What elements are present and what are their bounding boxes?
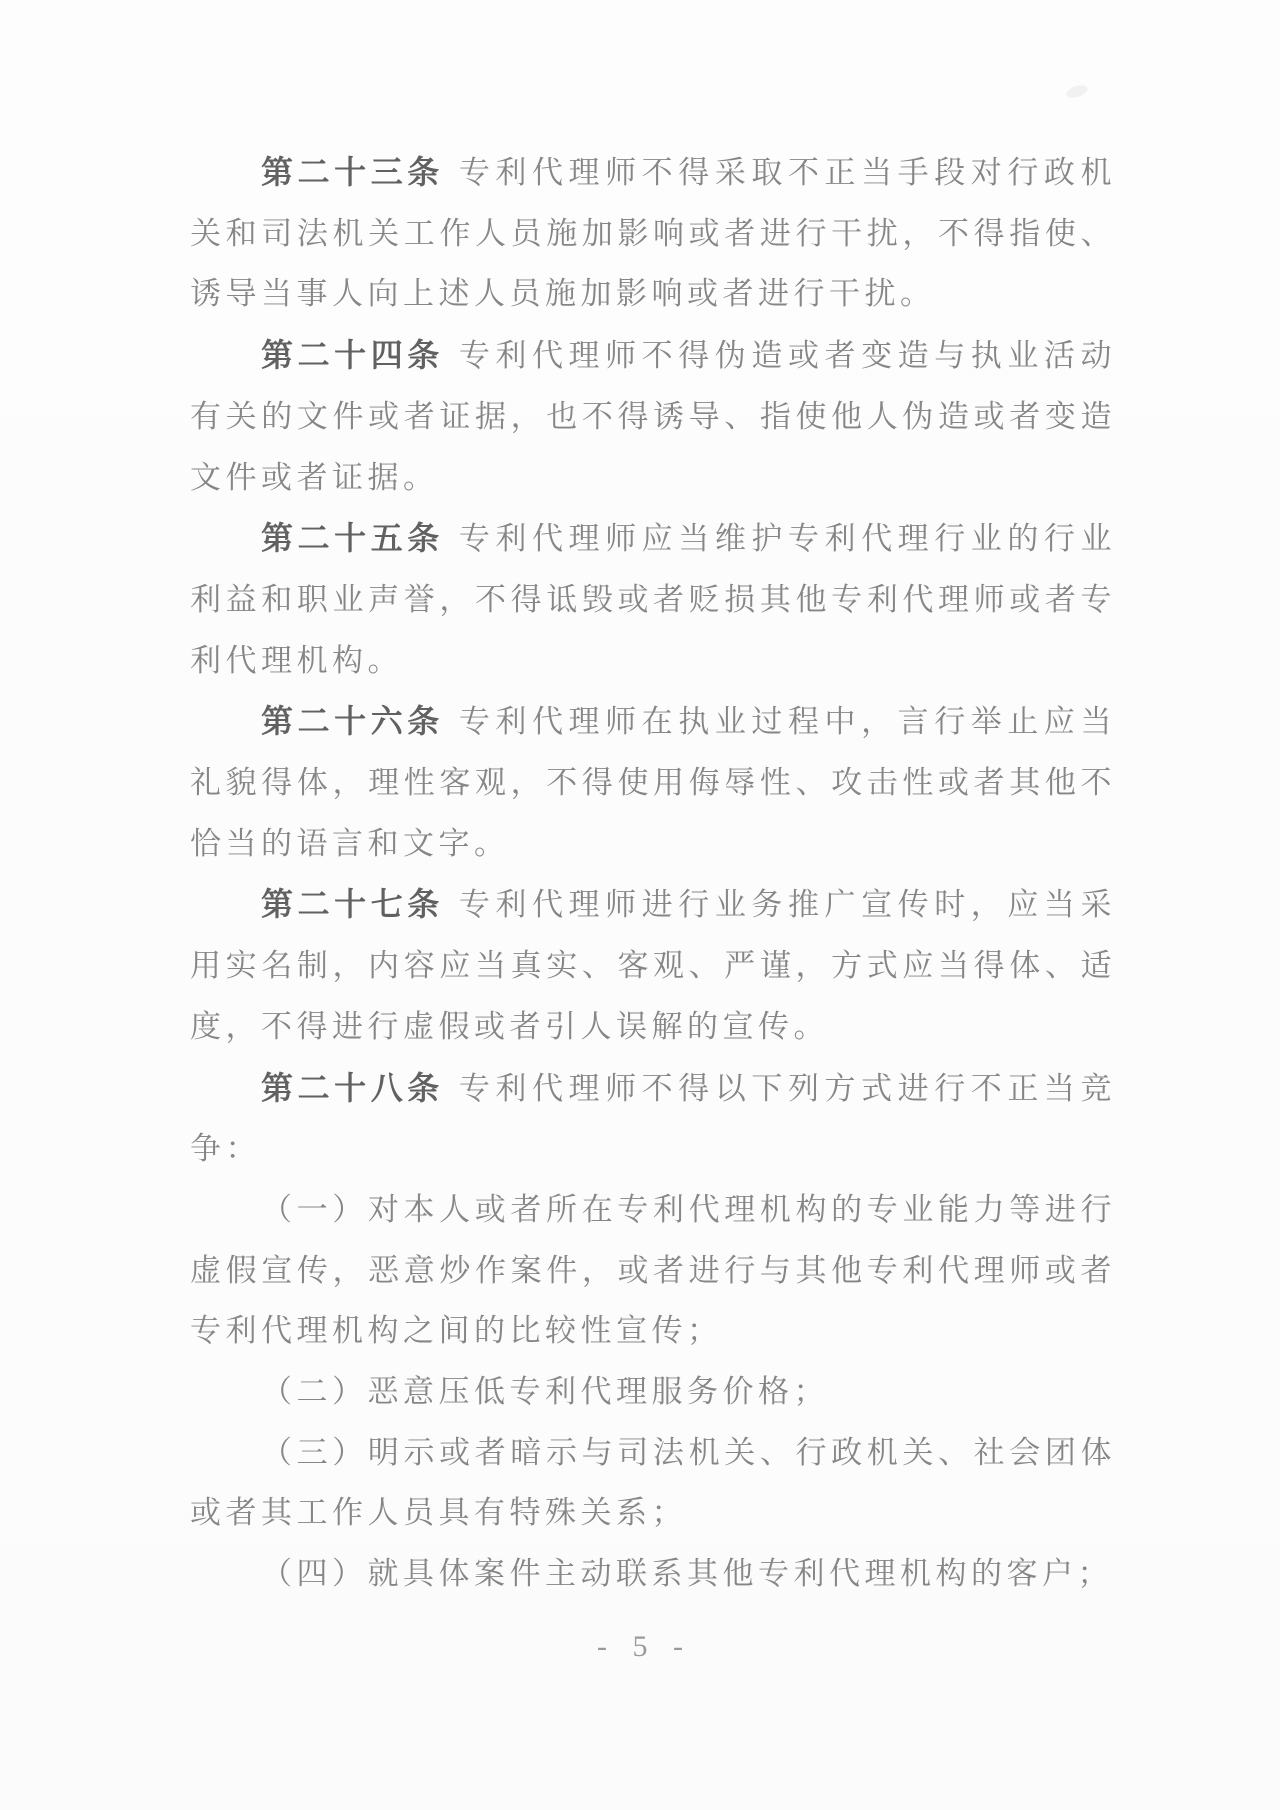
page-number: - 5 -	[0, 1627, 1280, 1667]
article-27-number: 第二十七条	[261, 886, 444, 922]
article-24-number: 第二十四条	[261, 337, 444, 373]
paragraph-article-25: 第二十五条专利代理师应当维护专利代理行业的行业利益和职业声誉，不得诋毁或者贬损其…	[190, 508, 1116, 691]
page-content: 第二十三条专利代理师不得采取不正当手段对行政机关和司法机关工作人员施加影响或者进…	[190, 142, 1116, 1605]
paragraph-article-23: 第二十三条专利代理师不得采取不正当手段对行政机关和司法机关工作人员施加影响或者进…	[190, 142, 1116, 325]
document-page: 第二十三条专利代理师不得采取不正当手段对行政机关和司法机关工作人员施加影响或者进…	[0, 0, 1280, 1810]
item-3-body: （三）明示或者暗示与司法机关、行政机关、社会团体或者其工作人员具有特殊关系；	[190, 1435, 1116, 1531]
paragraph-item-3: （三）明示或者暗示与司法机关、行政机关、社会团体或者其工作人员具有特殊关系；	[190, 1423, 1116, 1544]
paragraph-item-4: （四）就具体案件主动联系其他专利代理机构的客户；	[190, 1544, 1116, 1605]
paragraph-article-26: 第二十六条专利代理师在执业过程中，言行举止应当礼貌得体，理性客观，不得使用侮辱性…	[190, 691, 1116, 874]
paragraph-item-1: （一）对本人或者所在专利代理机构的专业能力等进行虚假宣传，恶意炒作案件，或者进行…	[190, 1180, 1116, 1362]
item-1-body: （一）对本人或者所在专利代理机构的专业能力等进行虚假宣传，恶意炒作案件，或者进行…	[190, 1192, 1116, 1348]
paragraph-article-24: 第二十四条专利代理师不得伪造或者变造与执业活动有关的文件或者证据，也不得诱导、指…	[190, 325, 1116, 508]
article-26-number: 第二十六条	[261, 703, 444, 739]
item-4-body: （四）就具体案件主动联系其他专利代理机构的客户；	[261, 1556, 1113, 1591]
article-28-number: 第二十八条	[261, 1070, 444, 1106]
paragraph-article-28: 第二十八条专利代理师不得以下列方式进行不正当竞争：	[190, 1058, 1116, 1180]
article-23-number: 第二十三条	[261, 154, 444, 190]
paragraph-item-2: （二）恶意压低专利代理服务价格；	[190, 1362, 1116, 1423]
scan-smudge	[1065, 83, 1089, 100]
paragraph-article-27: 第二十七条专利代理师进行业务推广宣传时，应当采用实名制，内容应当真实、客观、严谨…	[190, 874, 1116, 1057]
article-25-number: 第二十五条	[261, 520, 444, 556]
item-2-body: （二）恶意压低专利代理服务价格；	[261, 1374, 829, 1409]
